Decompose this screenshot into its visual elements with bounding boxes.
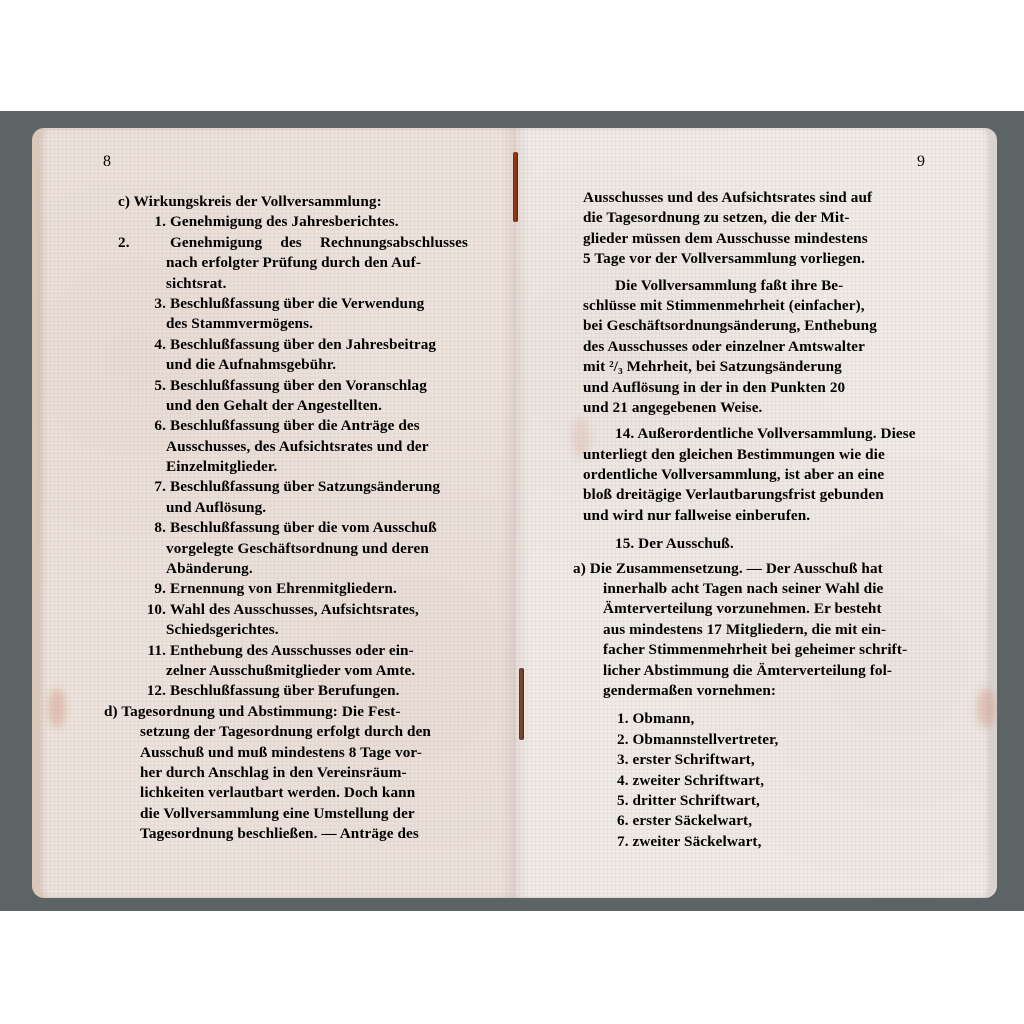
- section-d-line: d) Tagesordnung und Abstimmung: Die Fest…: [104, 702, 468, 722]
- list-item: 4.Beschlußfassung über den Jahresbeitrag: [118, 335, 468, 355]
- section-14-line: 14. Außerordentliche Vollversammlung. Di…: [583, 424, 963, 444]
- voting-paragraph-line: und 21 angegebenen Weise.: [583, 398, 963, 418]
- list-item-cont: und Auflösung.: [118, 498, 468, 518]
- office-item: 2. Obmannstellvertreter,: [583, 730, 963, 750]
- office-item: 1. Obmann,: [583, 709, 963, 729]
- page-number-left: 8: [103, 153, 111, 171]
- paper-stain: [48, 688, 66, 728]
- voting-paragraph-line: Die Vollversammlung faßt ihre Be-: [583, 276, 963, 296]
- list-item-cont: Schiedsgerichtes.: [118, 620, 468, 640]
- list-item: 1.Genehmigung des Jahresberichtes.: [118, 212, 468, 232]
- section-15a-line: facher Stimmenmehrheit bei geheimer schr…: [583, 640, 963, 660]
- list-item-cont: sichtsrat.: [118, 274, 468, 294]
- section-15-title: 15. Der Ausschuß.: [583, 534, 963, 554]
- section-15a-line: a) Die Zusammensetzung. — Der Ausschuß h…: [573, 559, 963, 579]
- section-d-line: lichkeiten verlautbart werden. Doch kann: [118, 783, 468, 803]
- section-15a-line: Ämterverteilung vorzunehmen. Er besteht: [583, 599, 963, 619]
- page-number-right: 9: [917, 153, 925, 171]
- list-item: 12.Beschlußfassung über Berufungen.: [118, 681, 468, 701]
- list-item: 9.Ernennung von Ehrenmitgliedern.: [118, 579, 468, 599]
- office-item: 4. zweiter Schriftwart,: [583, 771, 963, 791]
- list-item: 3.Beschlußfassung über die Verwendung: [118, 294, 468, 314]
- section-14-line: und wird nur fallweise einberufen.: [583, 506, 963, 526]
- section-15a-line: innerhalb acht Tagen nach seiner Wahl di…: [583, 579, 963, 599]
- list-item-cont: und den Gehalt der Angestellten.: [118, 396, 468, 416]
- office-item: 6. erster Säckelwart,: [583, 811, 963, 831]
- left-page-text: c) Wirkungskreis der Vollversammlung: 1.…: [118, 192, 468, 845]
- staple-bottom: [519, 668, 524, 740]
- office-item: 5. dritter Schriftwart,: [583, 791, 963, 811]
- section-d-line: setzung der Tagesordnung erfolgt durch d…: [118, 722, 468, 742]
- continuation-line: glieder müssen dem Ausschusse mindestens: [583, 229, 963, 249]
- voting-paragraph-line: mit ²/₃ Mehrheit, bei Satzungsänderung: [583, 357, 963, 377]
- list-item-cont: zelner Ausschußmitglieder vom Amte.: [118, 661, 468, 681]
- section-c-heading: c) Wirkungskreis der Vollversammlung:: [118, 192, 468, 212]
- section-14-line: bloß dreitägige Verlautbarungsfrist gebu…: [583, 485, 963, 505]
- office-item: 7. zweiter Säckelwart,: [583, 832, 963, 852]
- voting-paragraph-line: schlüsse mit Stimmenmehrheit (einfacher)…: [583, 296, 963, 316]
- right-page-text: Ausschusses und des Aufsichtsrates sind …: [583, 188, 963, 852]
- section-d-line: die Vollversammlung eine Umstellung der: [118, 804, 468, 824]
- list-item: 8.Beschlußfassung über die vom Ausschuß: [118, 518, 468, 538]
- section-15a-line: gendermaßen vornehmen:: [583, 681, 963, 701]
- section-d-line: Ausschuß und muß mindestens 8 Tage vor-: [118, 743, 468, 763]
- spacer: [583, 701, 963, 709]
- voting-paragraph-line: des Ausschusses oder einzelner Amtswalte…: [583, 337, 963, 357]
- list-item-cont: des Stammvermögens.: [118, 314, 468, 334]
- list-item-cont: vorgelegte Geschäftsordnung und deren: [118, 539, 468, 559]
- list-item-cont: Ausschusses, des Aufsichtsrates und der: [118, 437, 468, 457]
- section-15a-line: licher Abstimmung die Ämterverteilung fo…: [583, 661, 963, 681]
- section-14-line: ordentliche Vollversammlung, ist aber an…: [583, 465, 963, 485]
- list-item: 11.Enthebung des Ausschusses oder ein-: [118, 641, 468, 661]
- voting-paragraph-line: bei Geschäftsordnungsänderung, Enthebung: [583, 316, 963, 336]
- list-item-cont: und die Aufnahmsgebühr.: [118, 355, 468, 375]
- section-14-line: unterliegt den gleichen Bestimmungen wie…: [583, 445, 963, 465]
- section-15a-line: aus mindestens 17 Mitgliedern, die mit e…: [583, 620, 963, 640]
- paper-stain: [977, 688, 995, 728]
- list-item: 7.Beschlußfassung über Satzungsänderung: [118, 477, 468, 497]
- continuation-line: Ausschusses und des Aufsichtsrates sind …: [583, 188, 963, 208]
- continuation-line: 5 Tage vor der Vollversammlung vorliegen…: [583, 249, 963, 269]
- section-c-label: c): [118, 193, 130, 210]
- list-item: 10.Wahl des Ausschusses, Aufsichtsrates,: [118, 600, 468, 620]
- list-item: 5.Beschlußfassung über den Voranschlag: [118, 376, 468, 396]
- section-d-line: her durch Anschlag in den Vereinsräum-: [118, 763, 468, 783]
- list-item: 2.Genehmigung des Rechnungsabschlusses: [118, 233, 468, 253]
- list-item-cont: nach erfolgter Prüfung durch den Auf-: [118, 253, 468, 273]
- continuation-line: die Tagesordnung zu setzen, die der Mit-: [583, 208, 963, 228]
- list-item-cont: Einzelmitglieder.: [118, 457, 468, 477]
- office-item: 3. erster Schriftwart,: [583, 750, 963, 770]
- section-c-title: Wirkungskreis der Vollversammlung:: [134, 193, 382, 210]
- list-item-cont: Abänderung.: [118, 559, 468, 579]
- spacer: [583, 526, 963, 534]
- staple-top: [513, 152, 518, 222]
- section-d-line: Tagesordnung beschließen. — Anträge des: [118, 824, 468, 844]
- voting-paragraph-line: und Auflösung in der in den Punkten 20: [583, 378, 963, 398]
- list-item: 6.Beschlußfassung über die Anträge des: [118, 416, 468, 436]
